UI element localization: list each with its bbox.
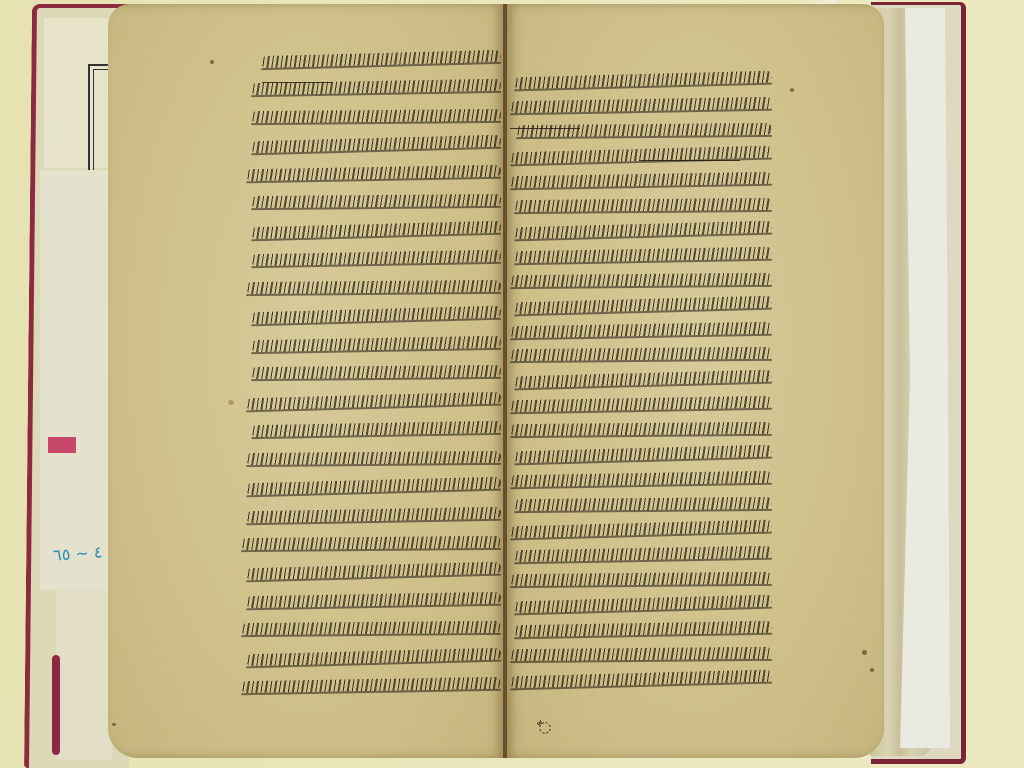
stain	[790, 88, 794, 92]
handwritten-ink	[510, 396, 772, 413]
handwritten-ink	[241, 536, 501, 550]
left-page-text	[236, 45, 501, 700]
handwritten-ink	[241, 677, 501, 694]
handwritten-ink	[251, 421, 501, 437]
manuscript-line	[510, 365, 772, 390]
stain	[870, 668, 874, 672]
manuscript-photo: ٤ ~ ٦٥ ◌ّ	[0, 0, 1024, 768]
manuscript-line	[510, 615, 772, 640]
manuscript-line	[510, 640, 772, 665]
manuscript-line	[510, 390, 772, 415]
manuscript-line	[510, 316, 772, 341]
manuscript-line	[510, 266, 772, 291]
handwritten-ink	[246, 562, 501, 581]
handwritten-ink	[514, 198, 772, 212]
manuscript-line	[510, 665, 772, 690]
manuscript-line	[236, 415, 501, 443]
handwritten-ink	[246, 391, 501, 410]
handwritten-ink	[514, 295, 772, 314]
manuscript-line	[236, 102, 501, 130]
manuscript-line	[510, 166, 772, 191]
handwritten-ink	[246, 280, 501, 294]
manuscript-line	[510, 66, 772, 91]
manuscript-line	[236, 273, 501, 301]
handwritten-ink	[251, 221, 501, 240]
manuscript-line	[236, 671, 501, 699]
manuscript-line	[510, 241, 772, 266]
stain	[210, 60, 214, 64]
handwritten-ink	[251, 135, 501, 154]
handwritten-ink	[246, 648, 501, 667]
handwritten-ink	[246, 506, 501, 522]
manuscript-line	[236, 330, 501, 358]
handwritten-ink	[510, 669, 772, 688]
manuscript-line	[236, 358, 501, 386]
manuscript-line	[236, 187, 501, 215]
manuscript-line	[236, 301, 501, 329]
handwritten-ink	[510, 347, 772, 361]
manuscript-line	[510, 540, 772, 565]
handwritten-ink	[514, 220, 772, 239]
handwritten-ink	[514, 246, 772, 263]
manuscript-line	[510, 565, 772, 590]
manuscript-line	[510, 91, 772, 116]
manuscript-line	[510, 515, 772, 540]
manuscript-line	[236, 501, 501, 529]
handwritten-ink	[251, 336, 501, 352]
handwritten-ink	[514, 445, 772, 464]
handwritten-ink	[241, 621, 501, 635]
blue-ink-note: ٤ ~ ٦٥	[53, 543, 106, 590]
handwritten-ink	[510, 272, 772, 286]
manuscript-line	[510, 191, 772, 216]
manuscript-line	[236, 557, 501, 585]
red-tab	[48, 437, 76, 453]
handwritten-ink	[510, 471, 772, 488]
manuscript-line	[236, 586, 501, 614]
manuscript-line	[510, 340, 772, 365]
stain	[112, 723, 116, 726]
manuscript-line	[236, 444, 501, 472]
handwritten-ink	[261, 50, 501, 68]
handwritten-ink	[510, 572, 772, 586]
handwritten-ink	[510, 145, 772, 164]
handwritten-ink	[510, 97, 772, 114]
handwritten-ink	[514, 621, 772, 638]
manuscript-line	[236, 472, 501, 500]
handwritten-ink	[246, 477, 501, 496]
handwritten-ink	[251, 194, 501, 208]
handwritten-ink	[251, 250, 501, 266]
manuscript-line	[236, 387, 501, 415]
text-rule	[640, 160, 740, 161]
manuscript-line	[510, 465, 772, 490]
manuscript-line	[510, 141, 772, 166]
handwritten-ink	[514, 595, 772, 614]
manuscript-line	[236, 216, 501, 244]
flyleaf-strip	[40, 170, 110, 590]
handwritten-ink	[516, 123, 772, 137]
manuscript-line	[510, 291, 772, 316]
manuscript-line	[236, 244, 501, 272]
spine-fragment	[52, 655, 60, 755]
manuscript-line	[236, 159, 501, 187]
handwritten-ink	[510, 422, 772, 436]
handwritten-ink	[246, 165, 501, 181]
manuscript-line	[510, 490, 772, 515]
handwritten-ink	[246, 592, 501, 608]
text-rule	[510, 128, 580, 129]
manuscript-line	[236, 45, 501, 73]
handwritten-ink	[514, 370, 772, 389]
gutter	[503, 4, 507, 758]
handwritten-ink	[510, 647, 772, 661]
handwritten-ink	[246, 450, 501, 464]
handwritten-ink	[514, 497, 772, 511]
stain	[228, 400, 234, 405]
manuscript-line	[510, 216, 772, 241]
handwritten-ink	[251, 109, 501, 123]
handwritten-ink	[251, 365, 501, 379]
handwritten-ink	[251, 306, 501, 325]
manuscript-line	[236, 614, 501, 642]
handwritten-ink	[510, 321, 772, 338]
flyleaf-lower	[56, 590, 112, 760]
manuscript-line	[510, 590, 772, 615]
manuscript-line	[510, 440, 772, 465]
stain	[862, 650, 867, 655]
manuscript-line	[510, 415, 772, 440]
manuscript-line	[236, 73, 501, 101]
manuscript-line	[236, 130, 501, 158]
manuscript-line	[236, 643, 501, 671]
text-rule	[262, 82, 332, 83]
manuscript-line	[236, 529, 501, 557]
handwritten-ink	[514, 546, 772, 563]
handwritten-ink	[510, 520, 772, 539]
handwritten-ink	[514, 71, 772, 90]
handwritten-ink	[510, 172, 772, 189]
